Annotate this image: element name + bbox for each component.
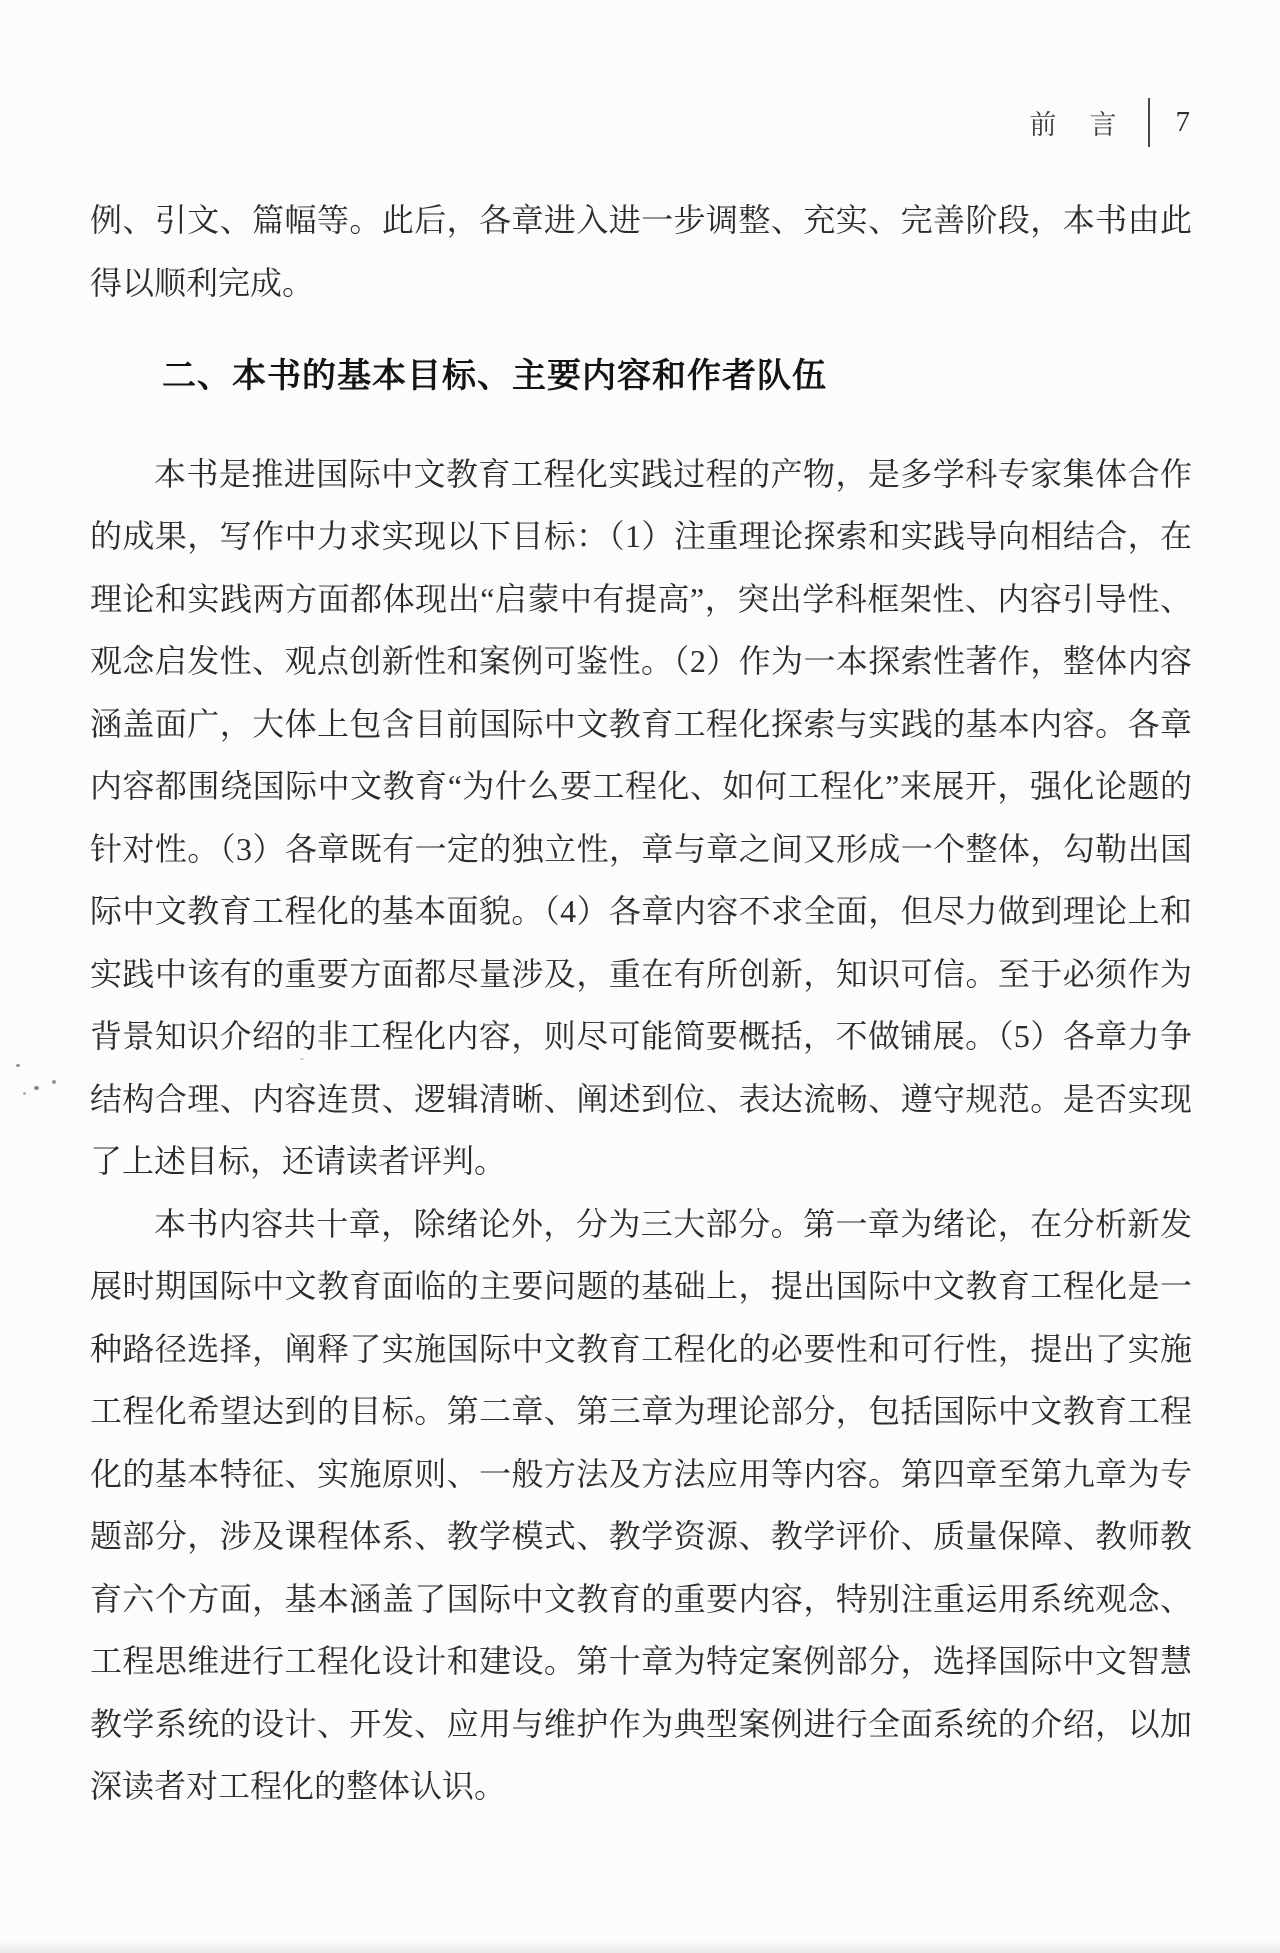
scan-speckle — [23, 1092, 26, 1095]
section-heading: 二、本书的基本目标、主要内容和作者队伍 — [162, 356, 1192, 397]
scan-speckle — [52, 1080, 56, 1084]
page-header: 前 言 7 — [1030, 98, 1191, 147]
book-page: 前 言 7 例、引文、篇幅等。此后，各章进入进一步调整、充实、完善阶段，本书由此… — [0, 0, 1280, 1953]
scan-speckle — [16, 1064, 20, 1067]
scan-speckle — [34, 1086, 39, 1090]
intro-paragraph: 例、引文、篇幅等。此后，各章进入进一步调整、充实、完善阶段，本书由此得以顺利完成… — [90, 189, 1192, 314]
paragraph-goals: 本书是推进国际中文教育工程化实践过程的产物，是多学科专家集体合作的成果，写作中力… — [90, 443, 1192, 1193]
running-title: 前 言 — [1030, 103, 1120, 142]
header-divider — [1148, 98, 1150, 147]
paragraph-structure: 本书内容共十章，除绪论外，分为三大部分。第一章为绪论，在分析新发展时期国际中文教… — [90, 1193, 1192, 1818]
scan-speckle — [300, 1058, 304, 1060]
scan-edge-shadow — [0, 1941, 1280, 1953]
page-number: 7 — [1176, 106, 1191, 139]
page-body: 例、引文、篇幅等。此后，各章进入进一步调整、充实、完善阶段，本书由此得以顺利完成… — [90, 189, 1192, 1818]
